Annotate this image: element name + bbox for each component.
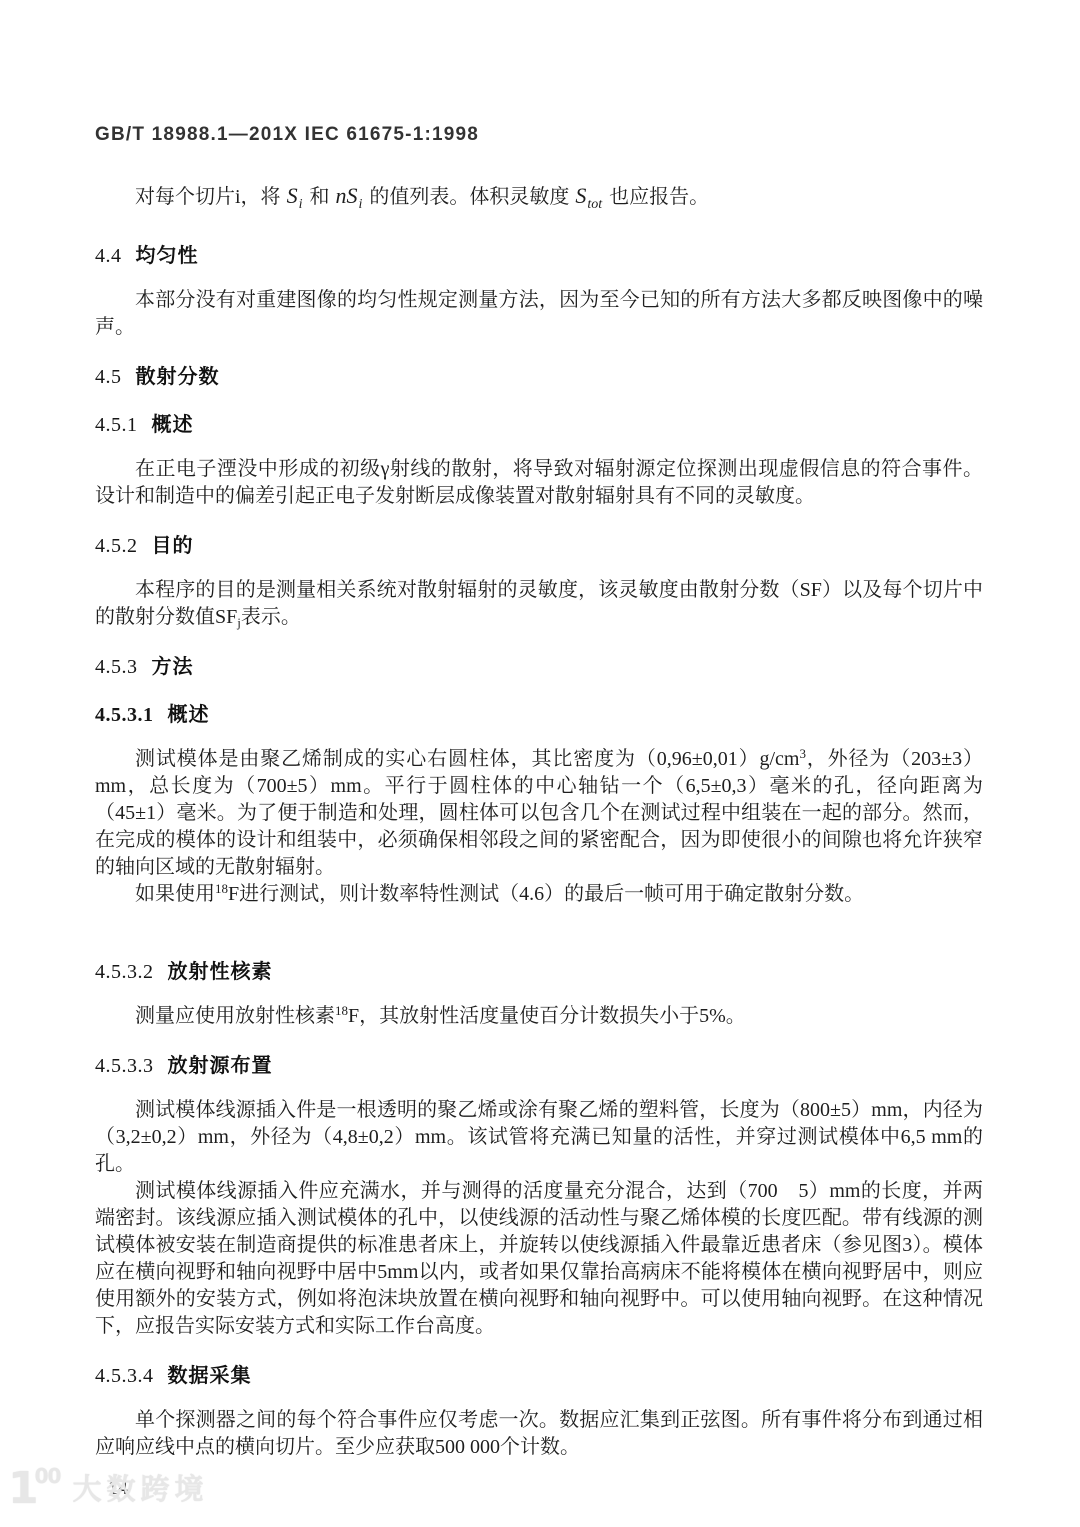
heading-title: 数据采集: [168, 1365, 252, 1387]
heading-title: 方法: [152, 656, 194, 678]
watermark-brand-text: 大数跨境: [72, 1472, 208, 1506]
section-heading-4-4: 4.4均匀性: [95, 244, 983, 268]
section-heading-4-5-3-3: 4.5.3.3放射源布置: [95, 1054, 983, 1078]
heading-number: 4.5.3.2: [95, 961, 154, 983]
watermark-logo-circles: 00: [35, 1464, 61, 1488]
paragraph-4-5-3-3-a: 测试模体线源插入件是一根透明的聚乙烯或涂有聚乙烯的塑料管，长度为（800±5）m…: [95, 1097, 983, 1178]
heading-title: 概述: [168, 704, 210, 726]
section-heading-4-5-2: 4.5.2目的: [95, 534, 983, 558]
paragraph-4-5-3-1-a: 测试模体是由聚乙烯制成的实心右圆柱体，其比密度为（0,96±0,01）g/cm3…: [95, 746, 983, 881]
heading-number: 4.5.3.1: [95, 704, 154, 726]
heading-number: 4.5: [95, 366, 122, 388]
section-heading-4-5: 4.5散射分数: [95, 365, 983, 389]
paragraph-4-5-3-3-b: 测试模体线源插入件应充满水，并与测得的活度量充分混合，达到（700 5）mm的长…: [95, 1178, 983, 1340]
heading-title: 散射分数: [136, 366, 220, 388]
paragraph-4-5-3-4: 单个探测器之间的每个符合事件应仅考虑一次。数据应汇集到正弦图。所有事件将分布到通…: [95, 1407, 983, 1461]
heading-number: 4.5.3: [95, 656, 138, 678]
paragraph-4-5-2: 本程序的目的是测量相关系统对散射辐射的灵敏度，该灵敏度由散射分数（SF）以及每个…: [95, 577, 983, 631]
heading-number: 4.5.1: [95, 414, 138, 436]
heading-number: 4.5.3.3: [95, 1055, 154, 1077]
paragraph-4-5-1: 在正电子湮没中形成的初级γ射线的散射，将导致对辐射源定位探测出现虚假信息的符合事…: [95, 456, 983, 510]
section-heading-4-5-3-1: 4.5.3.1概述: [95, 703, 983, 727]
section-heading-4-5-3-4: 4.5.3.4数据采集: [95, 1364, 983, 1388]
paragraph-4-5-3-1-b: 如果使用18F进行测试，则计数率特性测试（4.6）的最后一帧可用于确定散射分数。: [95, 881, 983, 908]
watermark: 100大数跨境: [8, 1464, 208, 1511]
section-heading-4-5-3: 4.5.3方法: [95, 655, 983, 679]
heading-title: 概述: [152, 414, 194, 436]
paragraph-4-5-3-2: 测量应使用放射性核素18F，其放射性活度量使百分计数损失小于5%。: [95, 1003, 983, 1030]
heading-title: 放射源布置: [168, 1055, 273, 1077]
paragraph-4-4: 本部分没有对重建图像的均匀性规定测量方法，因为至今已知的所有方法大多都反映图像中…: [95, 287, 983, 341]
section-heading-4-5-1: 4.5.1概述: [95, 413, 983, 437]
heading-title: 放射性核素: [168, 961, 273, 983]
heading-title: 目的: [152, 535, 194, 557]
document-page: GB/T 18988.1—201X IEC 61675-1:1998 对每个切片…: [0, 0, 1080, 1527]
page-number: 14: [108, 1477, 983, 1500]
section-heading-4-5-3-2: 4.5.3.2放射性核素: [95, 960, 983, 984]
heading-number: 4.5.2: [95, 535, 138, 557]
heading-number: 4.5.3.4: [95, 1365, 154, 1387]
heading-title: 均匀性: [136, 245, 199, 267]
paragraph-intro: 对每个切片i，将 Si 和 nSi 的值列表。体积灵敏度 Stot 也应报告。: [95, 184, 983, 211]
standard-header-code: GB/T 18988.1—201X IEC 61675-1:1998: [95, 124, 983, 146]
heading-number: 4.4: [95, 245, 122, 267]
